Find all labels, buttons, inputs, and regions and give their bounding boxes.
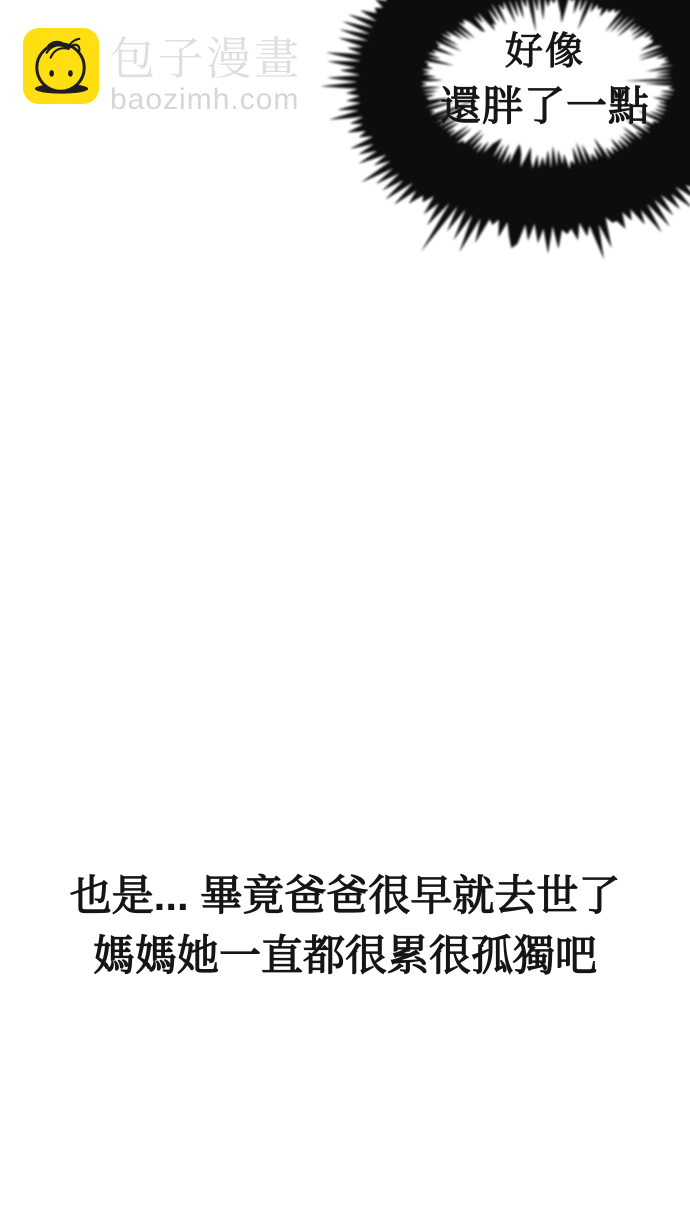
baozi-bun-icon [23,28,102,107]
comic-page[interactable]: 好像 還胖了一點 包子漫畫 baozimh.com 也是... 畢竟爸爸很早就去… [0,0,690,1227]
speech-bubble-line-2: 還胖了一點 [385,80,690,132]
speech-bubble-text: 好像 還胖了一點 [385,28,690,132]
bun-body [37,44,84,91]
narration-caption: 也是... 畢竟爸爸很早就去世了 媽媽她一直都很累很孤獨吧 [0,866,690,986]
bun-left-eye [49,70,54,77]
caption-line-2: 媽媽她一直都很累很孤獨吧 [0,926,690,986]
site-url: baozimh.com [110,84,302,115]
site-watermark: 包子漫畫 baozimh.com [23,28,302,115]
site-watermark-text: 包子漫畫 baozimh.com [110,28,302,115]
bun-right-eye [68,70,73,77]
speech-bubble-line-1: 好像 [385,28,690,76]
caption-line-1: 也是... 畢竟爸爸很早就去世了 [0,866,690,926]
site-name: 包子漫畫 [110,34,302,84]
